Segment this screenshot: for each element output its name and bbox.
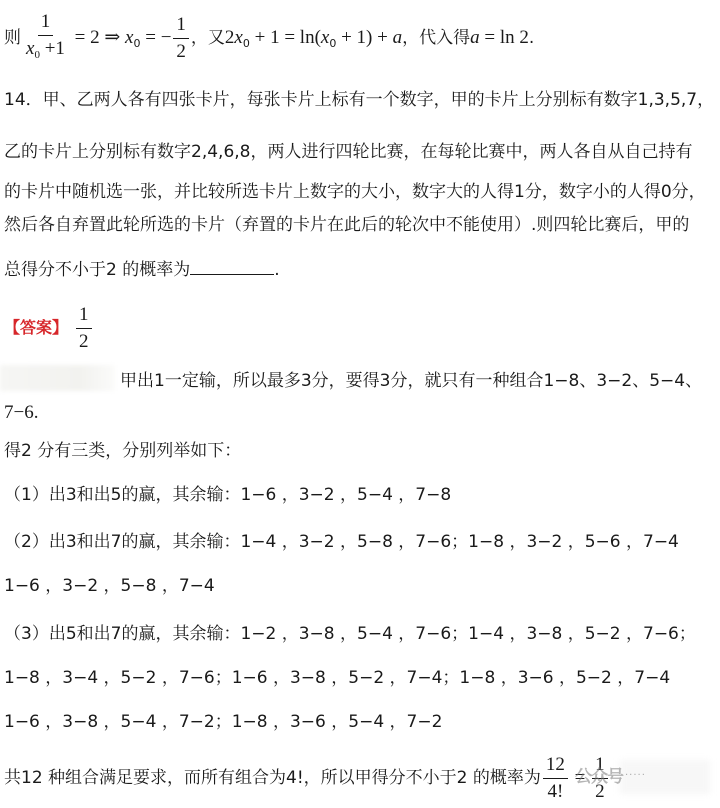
case-2-line-a: （2）出3和出7的赢，其余输：1−4 ，3−2 ，5−8 ，7−6；1−8 ，3… bbox=[4, 531, 679, 553]
watermark-text: 公众号 bbox=[575, 762, 623, 787]
case-3-line-c: 1−6 ，3−8 ，5−4 ，7−2；1−8 ，3−6 ，5−4 ，7−2 bbox=[4, 711, 442, 733]
fraction-one-half: 12 bbox=[173, 14, 189, 63]
conclusion-fraction-12-over-4-factorial: 124! bbox=[543, 754, 568, 803]
case-3-line-b: 1−8 ，3−4 ，5−2 ，7−6；1−6 ，3−8 ，5−2 ，7−4；1−… bbox=[4, 667, 670, 689]
case-1-line: （1）出3和出5的赢，其余输：1−6 ，3−2 ，5−4 ，7−8 bbox=[4, 484, 451, 506]
answer-label: 【答案】 bbox=[4, 318, 68, 337]
case-3-line-a: （3）出5和出7的赢，其余输：1−2 ，3−8 ，5−4 ，7−6；1−4 ，3… bbox=[4, 623, 696, 645]
watermark-dots: ····· bbox=[625, 770, 646, 781]
answer-fraction: 12 bbox=[76, 304, 92, 353]
problem-line-5: 总得分不小于2 的概率为. bbox=[4, 258, 280, 281]
answer-blank bbox=[190, 258, 274, 275]
problem-line-4: 然后各自弃置此轮所选的卡片（弃置的卡片在此后的轮次中不能使用）.则四轮比赛后，甲… bbox=[4, 214, 689, 236]
case-2-line-b: 1−6 ，3−2 ，5−8 ，7−4 bbox=[4, 575, 215, 597]
solution-line-3: 得2 分有三类，分别列举如下： bbox=[4, 440, 241, 462]
problem-line-2: 乙的卡片上分别标有数字2,4,6,8，两人进行四轮比赛，在每轮比赛中，两人各自从… bbox=[4, 141, 692, 163]
conclusion-line: 共12 种组合满足要求，而所有组合为4!，所以甲得分不小于2 的概率为124! … bbox=[4, 752, 610, 804]
fraction-1-over-x0-plus-1: 1x0 +1 bbox=[23, 11, 68, 66]
problem-line-1: 14．甲、乙两人各有四张卡片，每张卡片上标有一个数字，甲的卡片上分别标有数字1,… bbox=[4, 89, 714, 111]
intro-prefix: 则 bbox=[4, 28, 21, 48]
answer-line: 【答案】12 bbox=[4, 300, 94, 356]
problem-line-3: 的卡片中随机选一张，并比较所选卡片上数字的大小，数字大的人得1分，数字小的人得0… bbox=[4, 181, 706, 203]
blurred-region bbox=[0, 365, 115, 391]
solution-line-1: 甲出1一定输，所以最多3分，要得3分，就只有一种组合1−8、3−2、5−4、 bbox=[120, 370, 702, 392]
intro-equation-line: 则1x0 +1 = 2 ⇒ x0 = −12，又2x0 + 1 = ln(x0 … bbox=[4, 8, 534, 74]
problem-number: 14． bbox=[4, 90, 43, 110]
solution-line-2: 7−6. bbox=[4, 402, 38, 424]
